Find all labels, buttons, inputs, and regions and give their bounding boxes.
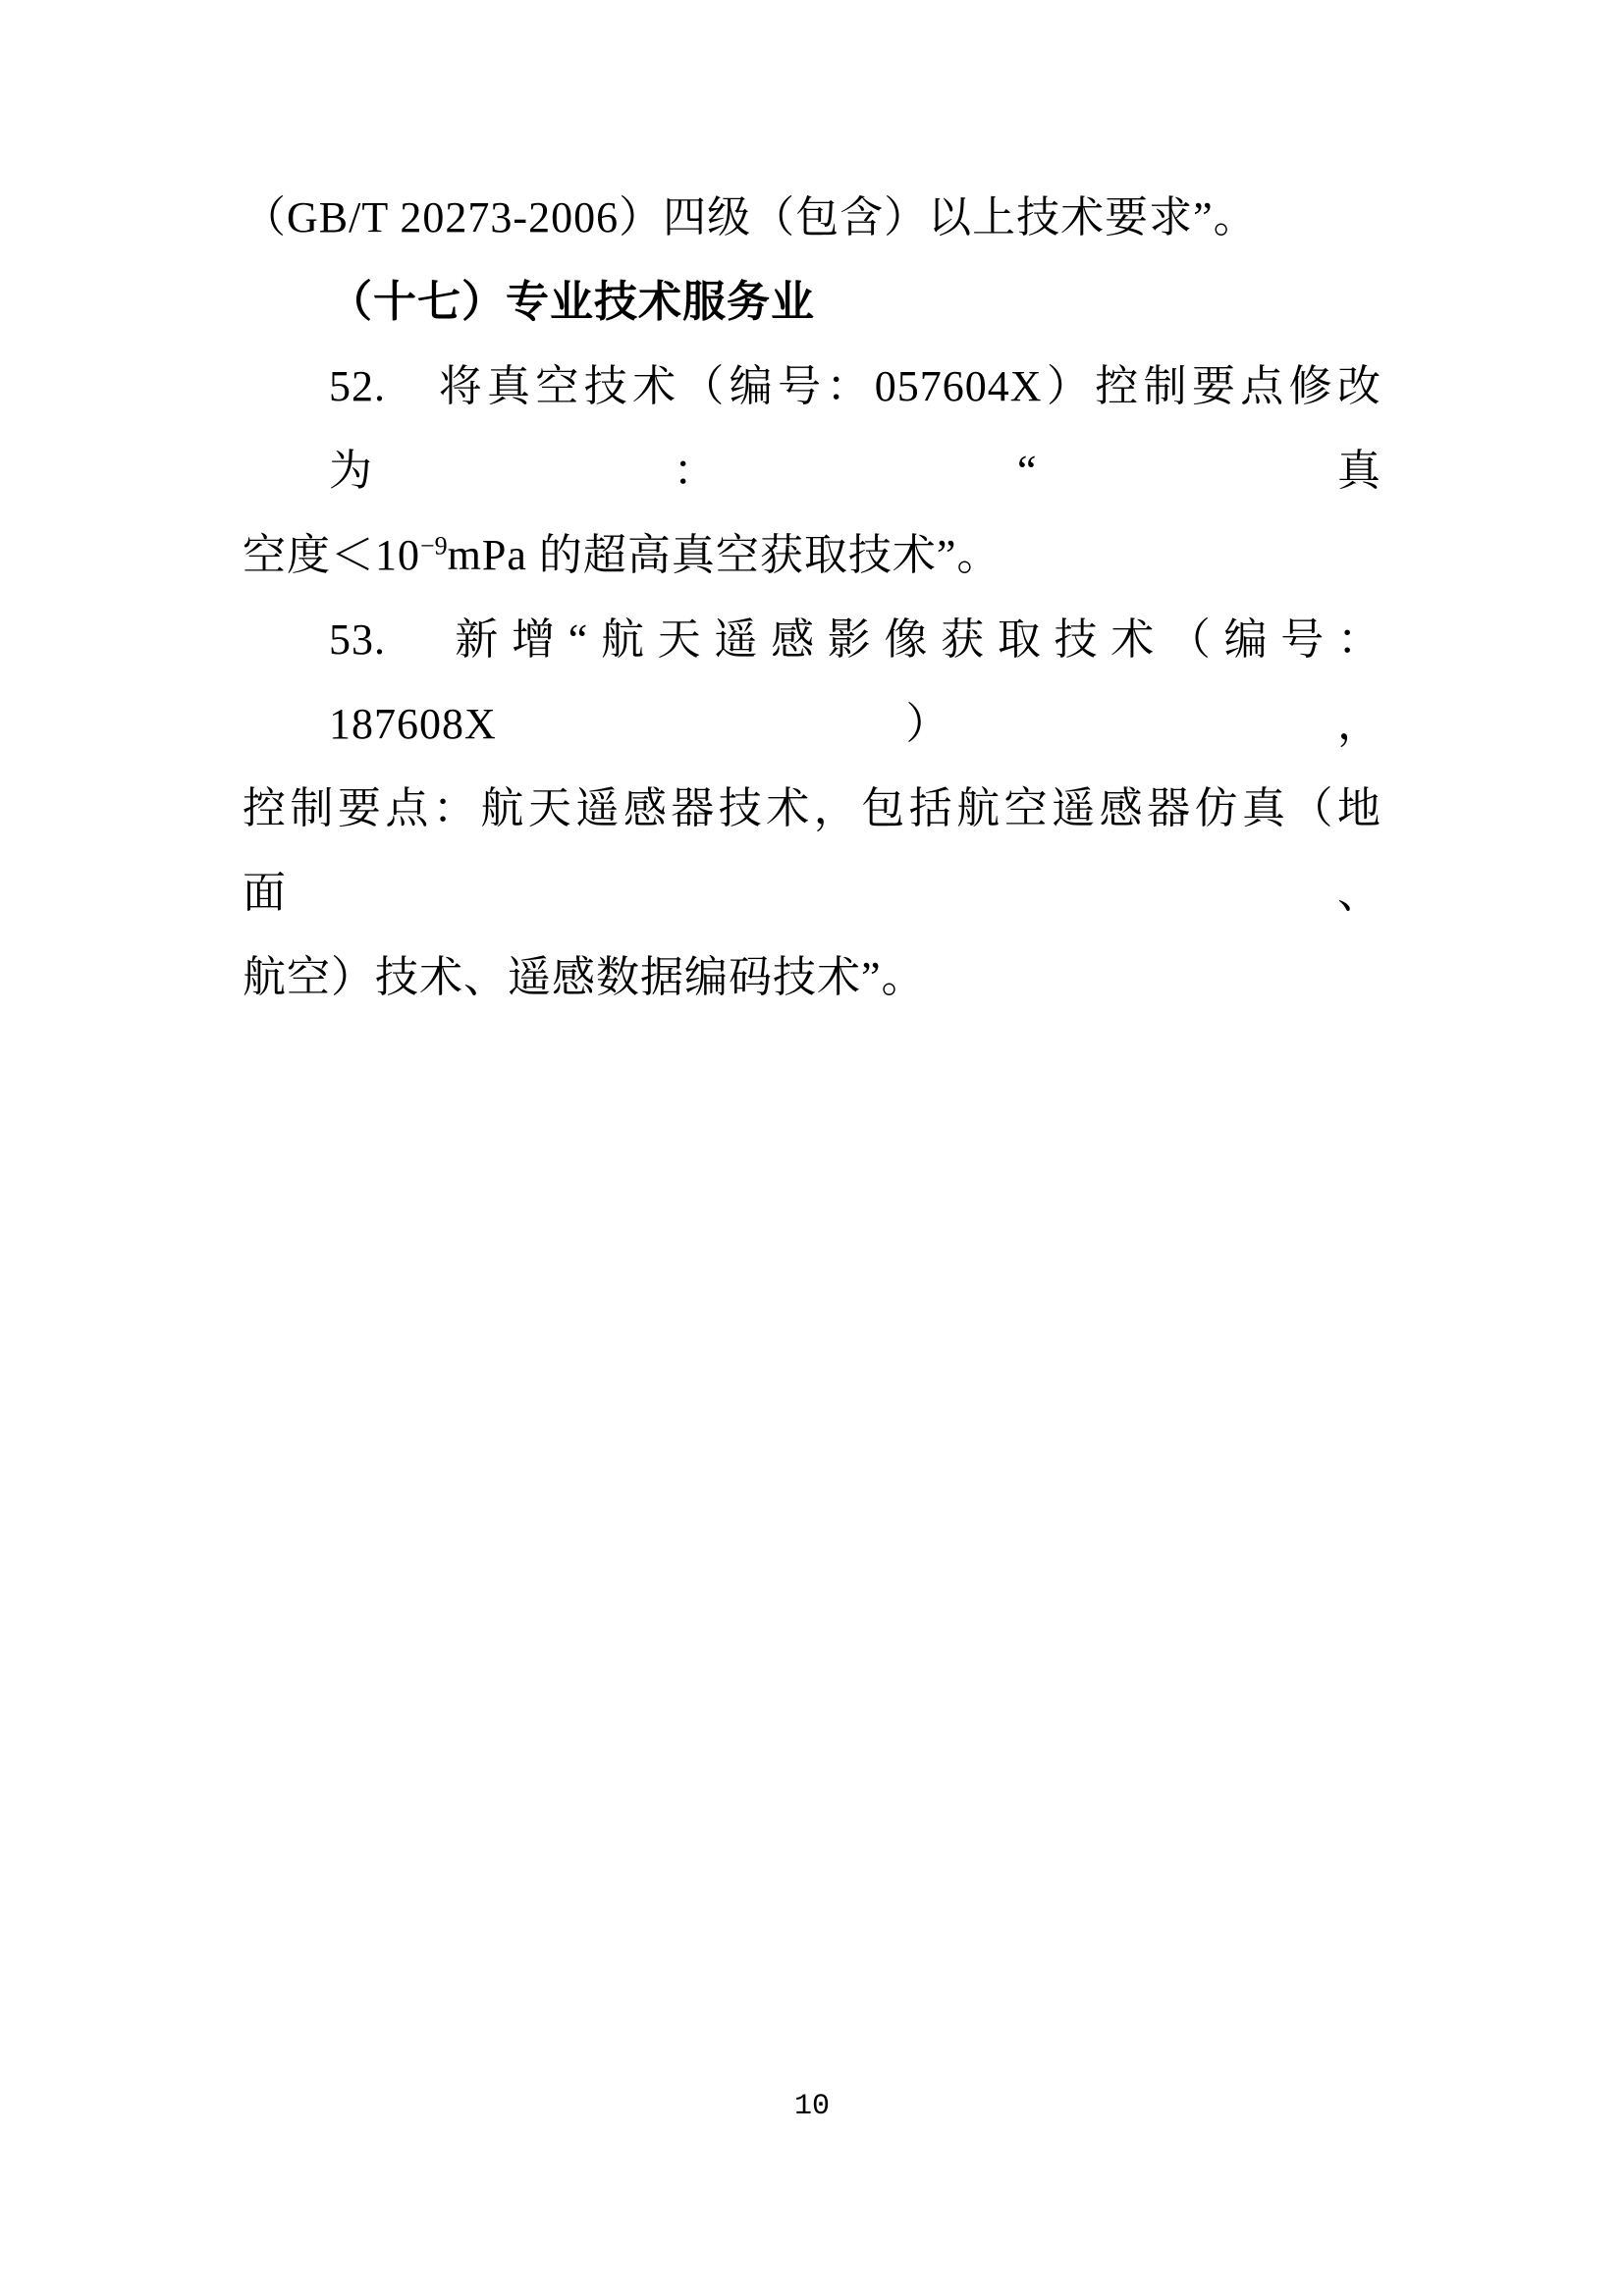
item-53-line-2: 控制要点：航天遥感器技术，包括航空遥感器仿真（地面、 — [243, 767, 1381, 935]
section-heading-17: （十七）专业技术服务业 — [243, 260, 1381, 345]
item-52-line-1: 52. 将真空技术（编号：057604X）控制要点修改为：“真 — [243, 345, 1381, 513]
item-53-line-3: 航空）技术、遥感数据编码技术”。 — [243, 935, 1381, 1020]
item-52-line-2-suffix: mPa 的超高真空获取技术”。 — [448, 531, 1001, 579]
exponent-superscript: −9 — [420, 531, 448, 560]
item-53-line-1: 53. 新增“航天遥感影像获取技术（编号：187608X）， — [243, 598, 1381, 767]
text-block: （GB/T 20273-2006）四级（包含）以上技术要求”。 （十七）专业技术… — [243, 176, 1381, 1020]
page-number: 10 — [0, 2089, 1624, 2124]
document-page: （GB/T 20273-2006）四级（包含）以上技术要求”。 （十七）专业技术… — [0, 0, 1624, 2296]
item-52-line-2-prefix: 空度＜10 — [243, 531, 420, 579]
item-52-line-2: 空度＜10−9mPa 的超高真空获取技术”。 — [243, 513, 1381, 598]
paragraph-51-continuation-line: （GB/T 20273-2006）四级（包含）以上技术要求”。 — [243, 176, 1381, 260]
